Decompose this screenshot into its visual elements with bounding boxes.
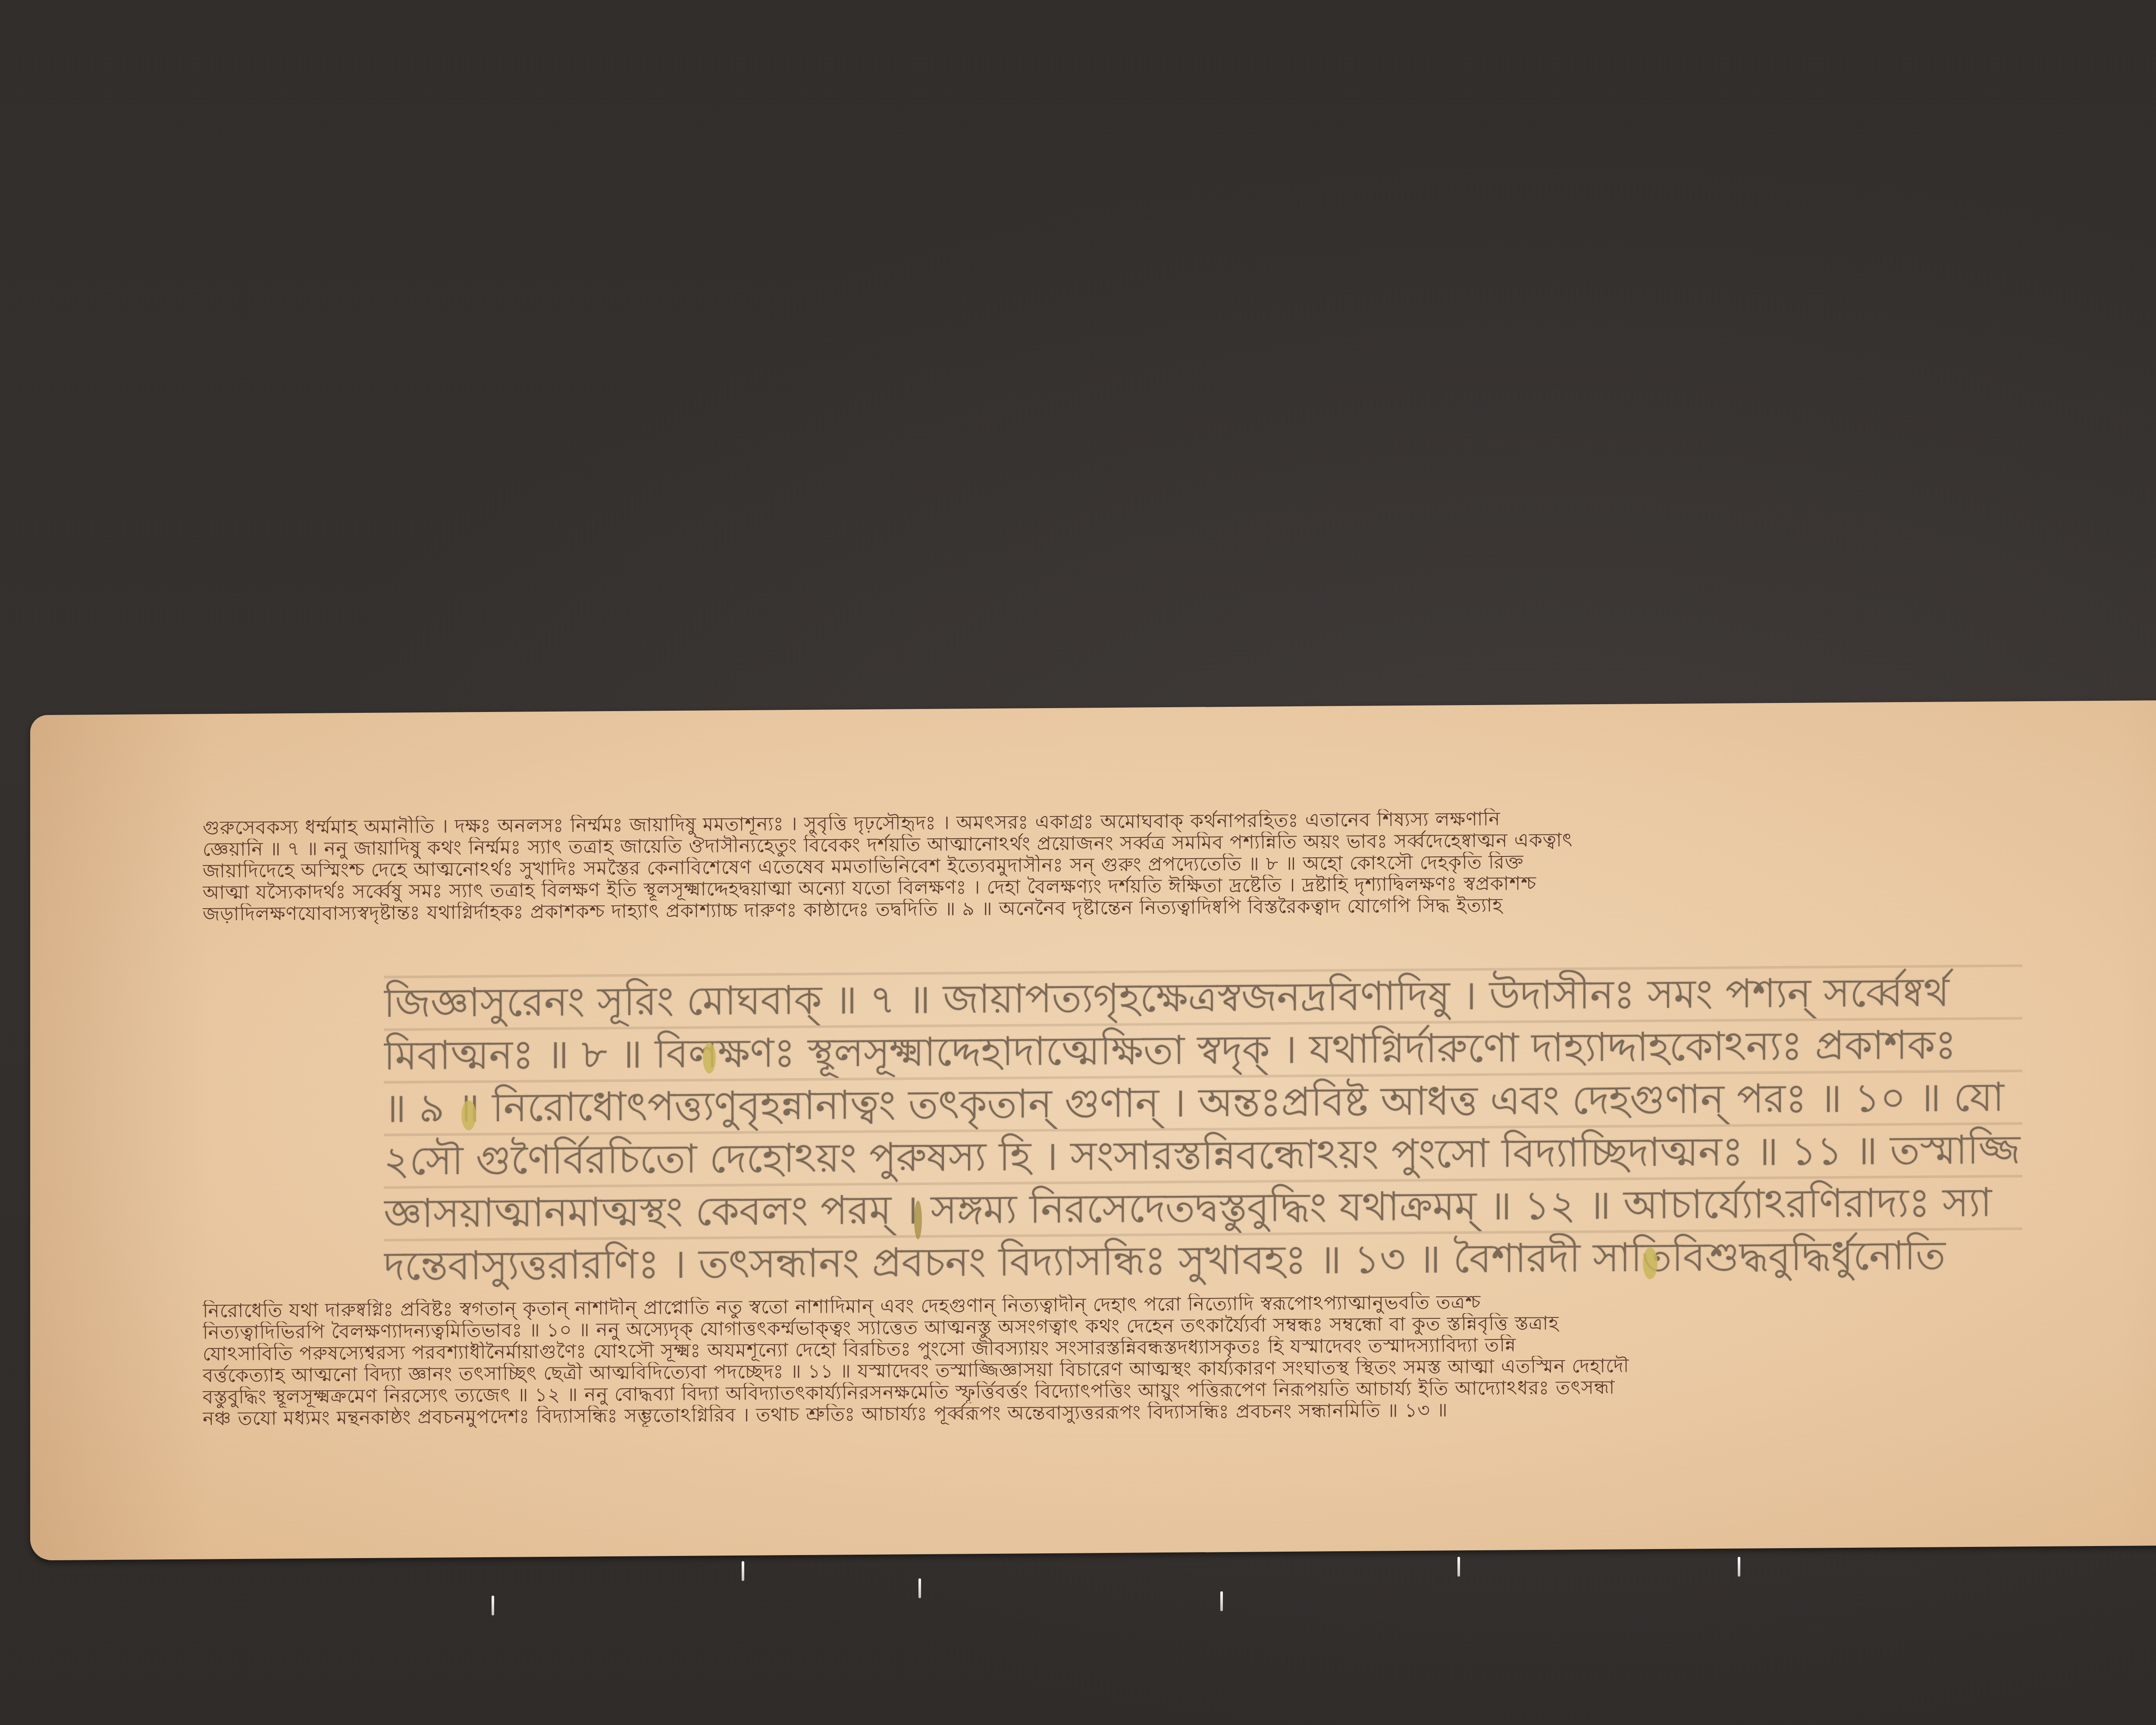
pin-highlight: [742, 1561, 744, 1581]
correction-paste-mark: [1643, 1247, 1658, 1279]
manuscript-folio: গুরুসেবকস্য ধর্ম্মমাহ অমানীতি । দক্ষঃ অন…: [30, 699, 2156, 1561]
pin-highlight: [492, 1596, 494, 1615]
correction-paste-mark: [461, 1100, 476, 1130]
pin-highlight: [1457, 1557, 1460, 1577]
pin-highlight: [1220, 1591, 1223, 1611]
correction-paste-mark: [703, 1042, 716, 1073]
root-text-block: জিজ্ঞাসুরেনং সূরিং মোঘবাক্ ॥ ৭ ॥ জায়াপত…: [384, 964, 2022, 1292]
top-commentary-block: গুরুসেবকস্য ধর্ম্মমাহ অমানীতি । দক্ষঃ অন…: [203, 803, 2156, 925]
bottom-commentary-block: নিরোধেতি যথা দারুষ্বগ্নিঃ প্রবিষ্টঃ স্বগ…: [203, 1286, 2156, 1430]
pin-highlight: [1738, 1557, 1740, 1577]
dark-mounting-board: গুরুসেবকস্য ধর্ম্মমাহ অমানীতি । দক্ষঃ অন…: [0, 0, 2156, 1725]
pin-highlight: [918, 1578, 921, 1598]
correction-paste-mark: [914, 1201, 922, 1239]
